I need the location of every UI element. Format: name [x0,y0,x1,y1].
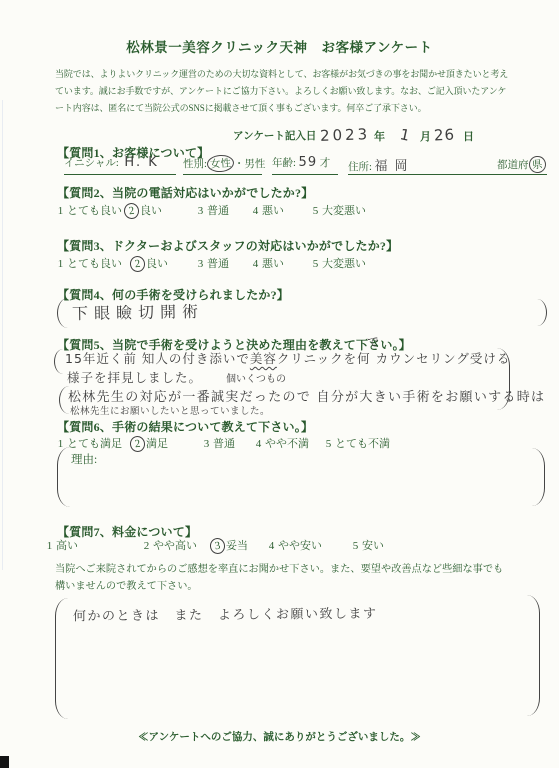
q5-wavy-underlined-word: 美容 [250,351,277,366]
q1-address-label: 住所: [348,162,372,173]
q5-note-handwritten: で [367,333,379,350]
q7-option-2: 2やや高い [143,537,197,553]
q6-reason-paren-left [57,447,71,507]
feedback-prompt: 当院へご来院されてからのご感想を率直にお聞かせ下さい。また、要望や改善点など些細… [55,562,511,595]
date-year-unit: 年 [374,128,385,144]
q1-age-field: 年齢: 59 才 [272,155,338,175]
q6-option-2: 2満足 [133,435,168,452]
q1-prefecture-circled: 県 [528,155,546,173]
q6-header: 【質問6、手術の結果について教えて下さい。】 [57,418,313,435]
q3-option-5: 5大変悪い [312,255,366,271]
q1-age-value-handwritten: 59 [299,155,318,170]
q1-gender-dot: ・ [234,159,245,170]
q3-header: 【質問3、ドクターおよびスタッフの対応はいかがでしたか?】 [57,237,398,254]
q6-reason-paren-right [531,448,545,506]
q2-option-4: 4悪い [252,202,284,218]
q6-option-5: 5とても不満 [325,435,390,451]
q7-option-3: 3妥当 [213,537,248,554]
q4-answer-paren-right [533,299,547,326]
q5-answer-line-1: 15年近く前 知人の付き添いで美容クリニックを何 カウンセリング受ける [65,349,510,367]
q3-option-4: 4悪い [252,255,284,271]
q1-gender-label: 性別: [183,159,207,170]
q1-initial-value-handwritten: H. K [124,155,158,170]
q2-option-5: 5大変悪い [312,202,366,218]
feedback-prompt-line-1: 当院へご来院されてからのご感想を率直にお聞かせ下さい。また、要望や改善点など些細… [55,562,511,579]
intro-line-1: 当院では、よりよいクリニック運営のための大切な資料として、お客様がお気づきの事を… [55,66,509,83]
q1-age-label: 年齢: [272,158,296,169]
q3-option-1: 1とても良い [57,255,122,271]
scan-artifact-corner [0,756,9,768]
page-title: 松林景一美容クリニック天神 お客様アンケート [0,36,559,56]
q1-initial-label: イニシャル: [64,158,119,169]
q7-option-1: 1高い [46,537,78,553]
q1-initial-field: イニシャル: H. K [64,155,176,175]
q2-header: 【質問2、当院の電話対応はいかがでしたか?】 [57,184,313,201]
intro-line-3: ート内容は、匿名にて当院公式のSNSに掲載させて頂く事もございます。何卒ご了承下… [55,100,509,117]
q5-answer-line-4: 松林先生にお願いしたいと思っていました。 [70,403,270,417]
q7-option-5: 5安い [352,537,384,553]
q1-address-field: 住所: 福岡 都道府県 [348,155,547,175]
q7-option-4: 4やや安い [268,537,322,553]
q5-insertion-handwritten: 個いくつもの [226,370,286,385]
q2-options: 1とても良い 2良い 3普通 4悪い 5大変悪い [0,202,559,218]
feedback-prompt-line-2: 構いませんので教えて下さい。 [55,579,511,596]
q1-gender-field: 性別:女性・男性 [183,155,262,175]
survey-sheet: 松林景一美容クリニック天神 お客様アンケート 当院では、よりよいクリニック運営の… [0,0,559,768]
date-label: アンケート記入日 [233,128,316,143]
intro-paragraph: 当院では、よりよいクリニック運営のための大切な資料として、お客様がお気づきの事を… [55,66,509,117]
q2-option-1: 1とても良い [57,202,122,218]
q4-answer-handwritten: 下眼瞼切開術 [72,299,204,324]
q1-address-value-handwritten: 福岡 [375,159,415,174]
date-month-unit: 月 [420,128,431,144]
q3-option-2: 2良い [133,255,168,272]
feedback-paren-left [55,598,69,719]
q1-age-unit: 才 [320,158,331,169]
date-year-handwritten: 2023 [320,125,371,145]
feedback-answer-handwritten: 何かのときは また よろしくお願い致します [73,603,378,625]
date-line: アンケート記入日 2023 年 1 月 26 日 [0,126,559,146]
date-day-unit: 日 [463,128,474,144]
q6-option-4: 4やや不満 [255,435,309,451]
date-day-handwritten: 26 [434,125,456,144]
q1-prefecture: 都道府県 [497,156,545,173]
q1-prefecture-prefix: 都道府 [497,160,529,171]
q2-option-3: 3普通 [197,202,229,218]
q5-answer-line-2: 様子を拝見しました。 [67,368,202,386]
q6-reason-label: 理由: [71,451,97,467]
q4-answer-paren-left [57,298,71,328]
footer-thanks: ≪アンケートへのご協力、誠にありがとうございました。≫ [0,729,559,744]
q6-option-3: 3普通 [203,435,235,451]
date-month-handwritten: 1 [398,125,411,145]
q1-gender-female-circled: 女性 [206,154,234,173]
q3-options: 1とても良い 2良い 3普通 4悪い 5大変悪い [0,255,559,271]
q6-options: 1とても満足 2満足 3普通 4やや不満 5とても不満 [0,435,559,451]
scan-artifact-line [2,100,3,570]
q2-option-2: 2良い [127,202,162,219]
q7-options: 1高い 2やや高い 3妥当 4やや安い 5安い [0,537,559,553]
q3-option-3: 3普通 [197,255,229,271]
q1-gender-male: 男性 [244,159,265,170]
intro-line-2: ています。誠にお手数ですが、アンケートにご協力下さい。よろしくお願い致します。な… [55,83,509,100]
feedback-paren-right [526,595,540,716]
